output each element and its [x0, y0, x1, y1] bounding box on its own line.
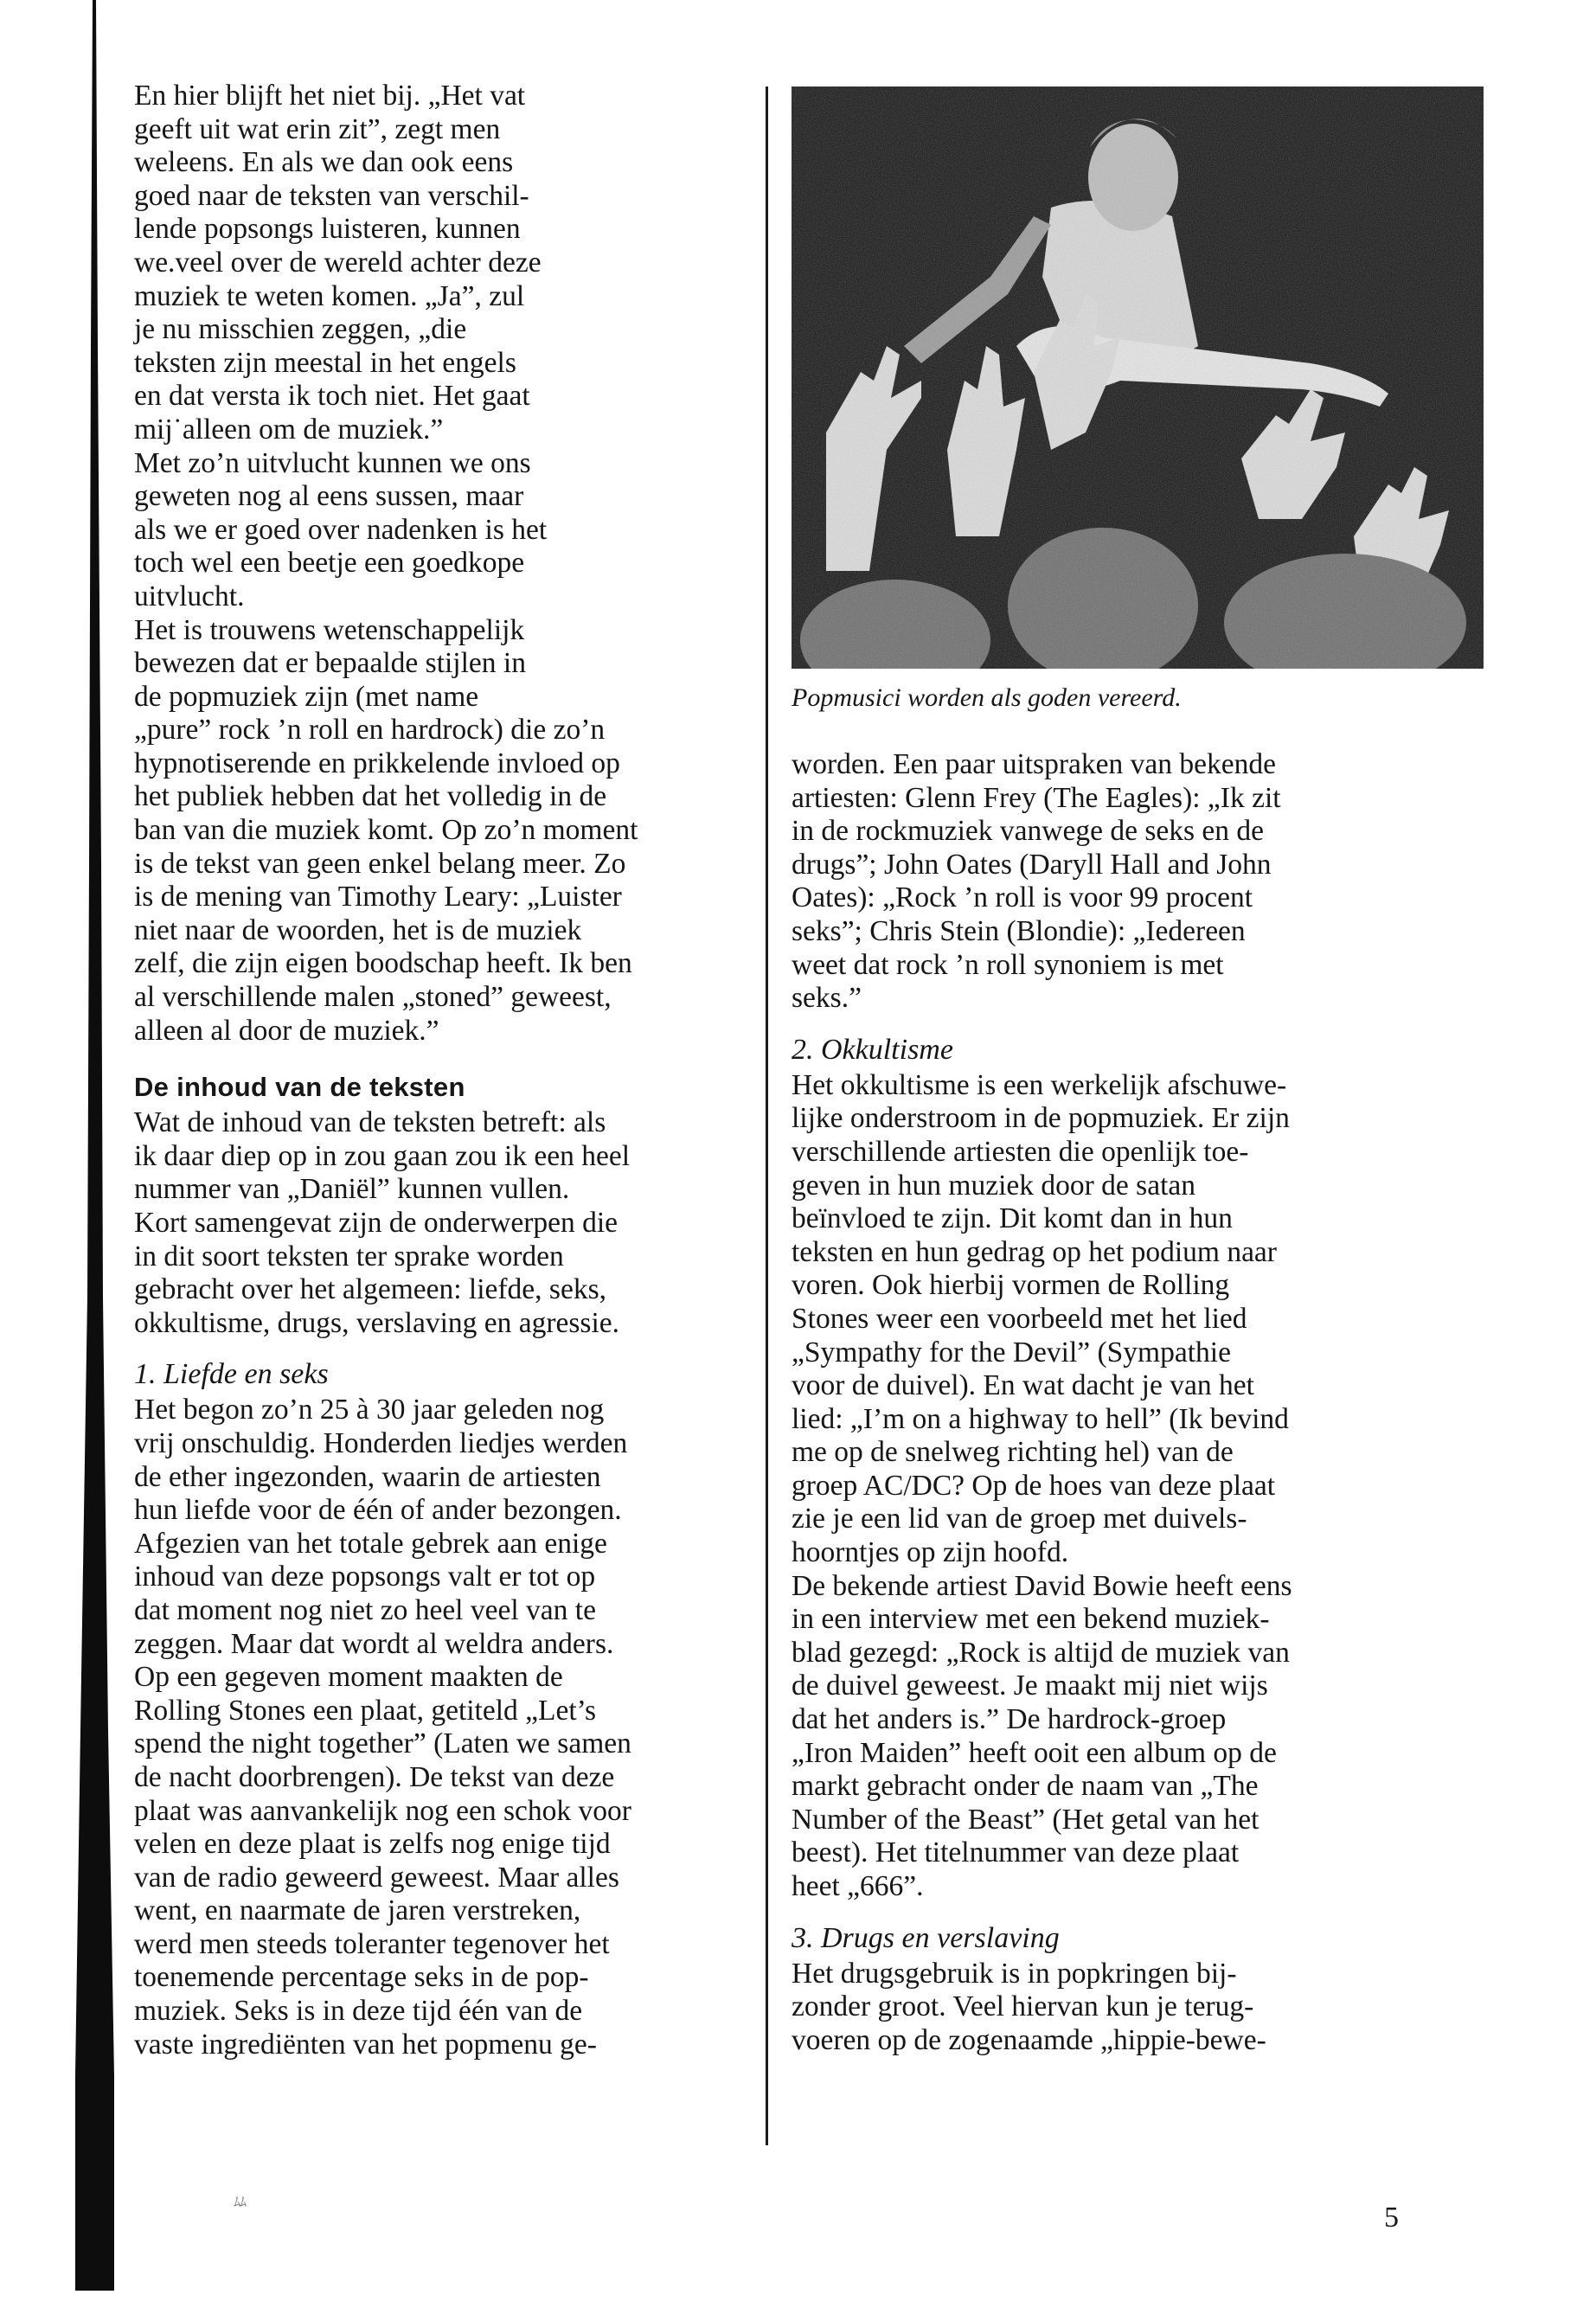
print-smudge: ﾑﾑ	[234, 2191, 246, 2211]
text-line: dat het anders is.” De hardrock-groep	[792, 1703, 1484, 1737]
paragraph-uitvlucht: Met zo’n uitvlucht kunnen we ons geweten…	[134, 447, 757, 614]
paragraph-okkultisme: Het okkultisme is een werkelijk afschuwe…	[792, 1069, 1484, 1570]
text-line: velen en deze plaat is zelfs nog enige t…	[134, 1828, 757, 1862]
text-line: teksten en hun gedrag op het podium naar	[792, 1236, 1484, 1270]
text-line: niet naar de woorden, het is de muziek	[134, 914, 757, 948]
text-line: toenemende percentage seks in de pop-	[134, 1961, 757, 1995]
concert-photo-illustration	[792, 87, 1484, 669]
text-line: en dat versta ik toch niet. Het gaat	[134, 380, 757, 413]
text-line: alleen al door de muziek.”	[134, 1015, 757, 1048]
text-line: werd men steeds toleranter tegenover het	[134, 1928, 757, 1962]
concert-photo	[792, 87, 1484, 669]
text-line: En hier blijft het niet bij. „Het vat	[134, 80, 757, 113]
photo-figure: Popmusici worden als goden vereerd.	[792, 87, 1484, 715]
text-line: lende popsongs luisteren, kunnen	[134, 213, 757, 247]
text-line: okkultisme, drugs, verslaving en agressi…	[134, 1307, 757, 1341]
text-line: in de rockmuziek vanwege de seks en de	[792, 815, 1484, 849]
text-line: vrij onschuldig. Honderden liedjes werde…	[134, 1427, 757, 1461]
text-line: artiesten: Glenn Frey (The Eagles): „Ik …	[792, 782, 1484, 816]
text-line: hoorntjes op zijn hoofd.	[792, 1536, 1484, 1570]
paragraph-inhoud: Wat de inhoud van de teksten betreft: al…	[134, 1106, 757, 1340]
text-line: seks.”	[792, 982, 1484, 1016]
text-line: bewezen dat er bepaalde stijlen in	[134, 647, 757, 681]
text-line: van de radio geweerd geweest. Maar alles	[134, 1862, 757, 1895]
text-line: geven in hun muziek door de satan	[792, 1170, 1484, 1203]
text-line: zeggen. Maar dat wordt al weldra anders.	[134, 1628, 757, 1662]
text-line: De bekende artiest David Bowie heeft een…	[792, 1570, 1484, 1604]
text-line: verschillende artiesten die openlijk toe…	[792, 1136, 1484, 1170]
text-line: „pure” rock ’n roll en hardrock) die zo’…	[134, 714, 757, 747]
text-line: went, en naarmate de jaren verstreken,	[134, 1894, 757, 1928]
text-line: ik daar diep op in zou gaan zou ik een h…	[134, 1140, 757, 1174]
page-number: 5	[1384, 2202, 1399, 2234]
text-line: geeft uit wat erin zit”, zegt men	[134, 113, 757, 147]
text-line: voor de duivel). En wat dacht je van het	[792, 1369, 1484, 1403]
text-line: me op de snelweg richting hel) van de	[792, 1436, 1484, 1470]
text-line: dat moment nog niet zo heel veel van te	[134, 1594, 757, 1628]
text-line: de duivel geweest. Je maakt mij niet wij…	[792, 1670, 1484, 1703]
left-column: En hier blijft het niet bij. „Het vat ge…	[134, 80, 757, 2061]
text-line: teksten zijn meestal in het engels	[134, 347, 757, 381]
text-line: uitvlucht.	[134, 580, 757, 614]
text-line: het publiek hebben dat het volledig in d…	[134, 780, 757, 814]
text-line: „Iron Maiden” heeft ooit een album op de	[792, 1737, 1484, 1771]
text-line: Wat de inhoud van de teksten betreft: al…	[134, 1106, 757, 1140]
text-line: toch wel een beetje een goedkope	[134, 547, 757, 580]
text-line: weleens. En als we dan ook eens	[134, 146, 757, 180]
section-heading-okkultisme: 2. Okkultisme	[792, 1031, 1484, 1069]
paragraph-intro: En hier blijft het niet bij. „Het vat ge…	[134, 80, 757, 447]
paragraph-drugs: Het drugsgebruik is in popkringen bij- z…	[792, 1958, 1484, 2058]
text-line: Kort samengevat zijn de onderwerpen die	[134, 1207, 757, 1240]
text-line: Het drugsgebruik is in popkringen bij-	[792, 1958, 1484, 1991]
text-line: zonder groot. Veel hiervan kun je terug-	[792, 1990, 1484, 2024]
text-line: hypnotiserende en prikkelende invloed op	[134, 747, 757, 781]
text-line: markt gebracht onder de naam van „The	[792, 1770, 1484, 1804]
text-line: seks”; Chris Stein (Blondie): „Iedereen	[792, 915, 1484, 949]
text-line: geweten nog al eens sussen, maar	[134, 480, 757, 514]
text-line: in een interview met een bekend muziek-	[792, 1603, 1484, 1637]
text-line: zelf, die zijn eigen boodschap heeft. Ik…	[134, 947, 757, 981]
text-line: vaste ingrediënten van het popmenu ge-	[134, 2029, 757, 2062]
text-line: de popmuziek zijn (met name	[134, 681, 757, 715]
photo-caption: Popmusici worden als goden vereerd.	[792, 681, 1484, 715]
text-line: groep AC/DC? Op de hoes van deze plaat	[792, 1470, 1484, 1503]
section-heading-drugs: 3. Drugs en verslaving	[792, 1920, 1484, 1958]
text-line: is de mening van Timothy Leary: „Luister	[134, 881, 757, 914]
text-line: Het begon zo’n 25 à 30 jaar geleden nog	[134, 1394, 757, 1427]
text-line: voeren op de zogenaamde „hippie-bewe-	[792, 2024, 1484, 2058]
text-line: Met zo’n uitvlucht kunnen we ons	[134, 447, 757, 481]
text-line: weet dat rock ’n roll synoniem is met	[792, 949, 1484, 983]
text-line: mij˙alleen om de muziek.”	[134, 413, 757, 447]
text-line: beest). Het titelnummer van deze plaat	[792, 1836, 1484, 1870]
text-line: Afgezien van het totale gebrek aan enige	[134, 1528, 757, 1561]
text-line: plaat was aanvankelijk nog een schok voo…	[134, 1795, 757, 1829]
text-line: spend the night together” (Laten we same…	[134, 1727, 757, 1761]
text-line: muziek te weten komen. „Ja”, zul	[134, 280, 757, 314]
text-line: lied: „I’m on a highway to hell” (Ik bev…	[792, 1403, 1484, 1437]
paragraph-bowie: De bekende artiest David Bowie heeft een…	[792, 1570, 1484, 1904]
text-line: Stones weer een voorbeeld met het lied	[792, 1303, 1484, 1336]
text-line: beïnvloed te zijn. Dit komt dan in hun	[792, 1202, 1484, 1236]
text-line: Number of the Beast” (Het getal van het	[792, 1804, 1484, 1837]
text-line: drugs”; John Oates (Daryll Hall and John	[792, 849, 1484, 882]
paragraph-uitspraken: worden. Een paar uitspraken van bekende …	[792, 748, 1484, 1016]
binding-edge-shape	[74, 0, 117, 2292]
text-line: de ether ingezonden, waarin de artiesten	[134, 1461, 757, 1495]
text-line: blad gezegd: „Rock is altijd de muziek v…	[792, 1637, 1484, 1670]
text-line: worden. Een paar uitspraken van bekende	[792, 748, 1484, 782]
text-line: is de tekst van geen enkel belang meer. …	[134, 848, 757, 881]
text-line: inhoud van deze popsongs valt er tot op	[134, 1561, 757, 1594]
text-line: lijke onderstroom in de popmuziek. Er zi…	[792, 1102, 1484, 1136]
text-line: je nu misschien zeggen, „die	[134, 313, 757, 347]
text-line: goed naar de teksten van verschil-	[134, 180, 757, 214]
text-line: we.veel over de wereld achter deze	[134, 247, 757, 280]
right-column: Popmusici worden als goden vereerd. word…	[792, 87, 1484, 2057]
column-divider	[766, 87, 768, 2145]
section-heading-liefde: 1. Liefde en seks	[134, 1356, 757, 1394]
text-line: Het is trouwens wetenschappelijk	[134, 614, 757, 648]
text-line: zie je een lid van de groep met duivels-	[792, 1503, 1484, 1536]
text-line: Rolling Stones een plaat, getiteld „Let’…	[134, 1695, 757, 1728]
text-line: voren. Ook hierbij vormen de Rolling	[792, 1269, 1484, 1303]
paragraph-wetenschappelijk: Het is trouwens wetenschappelijk bewezen…	[134, 614, 757, 1048]
text-line: Op een gegeven moment maakten de	[134, 1661, 757, 1695]
text-line: als we er goed over nadenken is het	[134, 514, 757, 548]
text-line: hun liefde voor de één of ander bezongen…	[134, 1494, 757, 1528]
text-line: in dit soort teksten ter sprake worden	[134, 1240, 757, 1274]
paragraph-liefde: Het begon zo’n 25 à 30 jaar geleden nog …	[134, 1394, 757, 2061]
text-line: ban van die muziek komt. Op zo’n moment	[134, 814, 757, 848]
text-line: gebracht over het algemeen: liefde, seks…	[134, 1273, 757, 1307]
text-line: „Sympathy for the Devil” (Sympathie	[792, 1336, 1484, 1370]
text-line: heet „666”.	[792, 1870, 1484, 1904]
text-line: al verschillende malen „stoned” geweest,	[134, 981, 757, 1015]
text-line: muziek. Seks is in deze tijd één van de	[134, 1995, 757, 2029]
text-line: Het okkultisme is een werkelijk afschuwe…	[792, 1069, 1484, 1103]
section-heading-inhoud: De inhoud van de teksten	[134, 1068, 757, 1106]
text-line: nummer van „Daniël” kunnen vullen.	[134, 1173, 757, 1207]
text-line: Oates): „Rock ’n roll is voor 99 procent	[792, 881, 1484, 915]
text-line: de nacht doorbrengen). De tekst van deze	[134, 1761, 757, 1795]
